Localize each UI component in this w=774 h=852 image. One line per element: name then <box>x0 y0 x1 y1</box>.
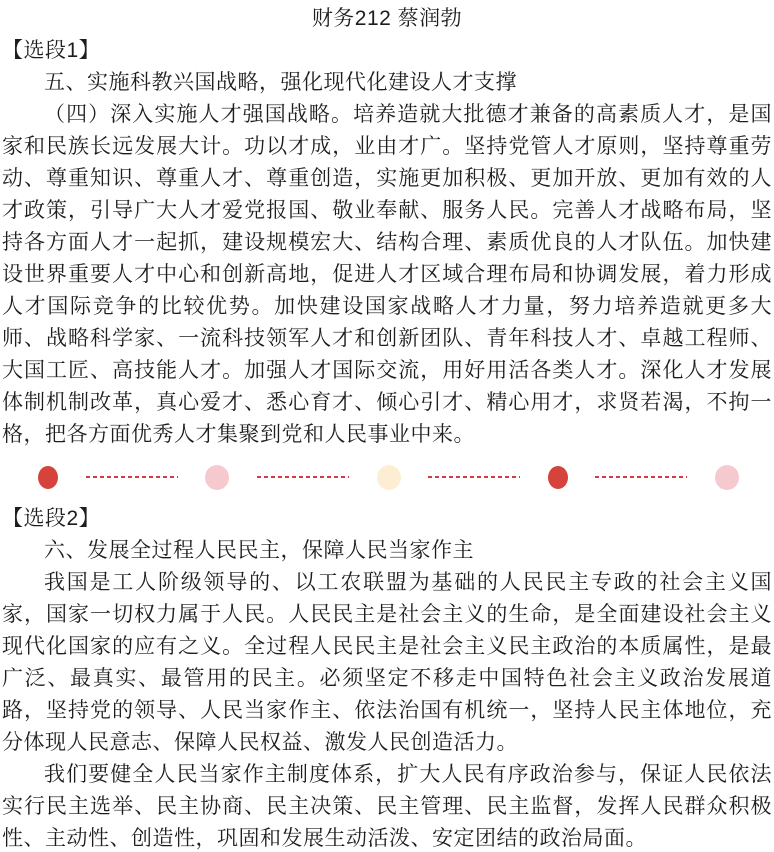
section-excerpt-2: 【选段2】 六、发展全过程人民民主，保障人民当家作主 我国是工人阶级领导的、以工… <box>2 503 772 852</box>
divider-dashed-line <box>86 476 178 478</box>
divider-dot-pink <box>715 465 739 490</box>
divider-dot-cream <box>377 465 401 490</box>
divider-dashed-line <box>257 476 349 478</box>
divider-dot-pink <box>205 465 229 490</box>
section-tag: 【选段2】 <box>2 503 772 535</box>
section-excerpt-1: 【选段1】 五、实施科教兴国战略，强化现代化建设人才支撑 （四）深入实施人才强国… <box>2 35 772 451</box>
paragraph: （四）深入实施人才强国战略。培养造就大批德才兼备的高素质人才，是国家和民族长远发… <box>2 99 772 451</box>
page-title: 财务212 蔡润勃 <box>2 3 772 35</box>
divider-dot-red <box>548 466 568 489</box>
section-heading: 六、发展全过程人民民主，保障人民当家作主 <box>2 535 772 567</box>
paragraph: 我国是工人阶级领导的、以工农联盟为基础的人民民主专政的社会主义国家，国家一切权力… <box>2 567 772 759</box>
document-page: 财务212 蔡润勃 【选段1】 五、实施科教兴国战略，强化现代化建设人才支撑 （… <box>0 0 774 852</box>
divider-dashed-line <box>595 476 687 478</box>
divider-dashed-line <box>428 476 520 478</box>
section-divider <box>38 451 739 503</box>
section-tag: 【选段1】 <box>2 35 772 67</box>
paragraph: 我们要健全人民当家作主制度体系，扩大人民有序政治参与，保证人民依法实行民主选举、… <box>2 759 772 852</box>
divider-dot-red <box>38 466 58 489</box>
section-heading: 五、实施科教兴国战略，强化现代化建设人才支撑 <box>2 67 772 99</box>
